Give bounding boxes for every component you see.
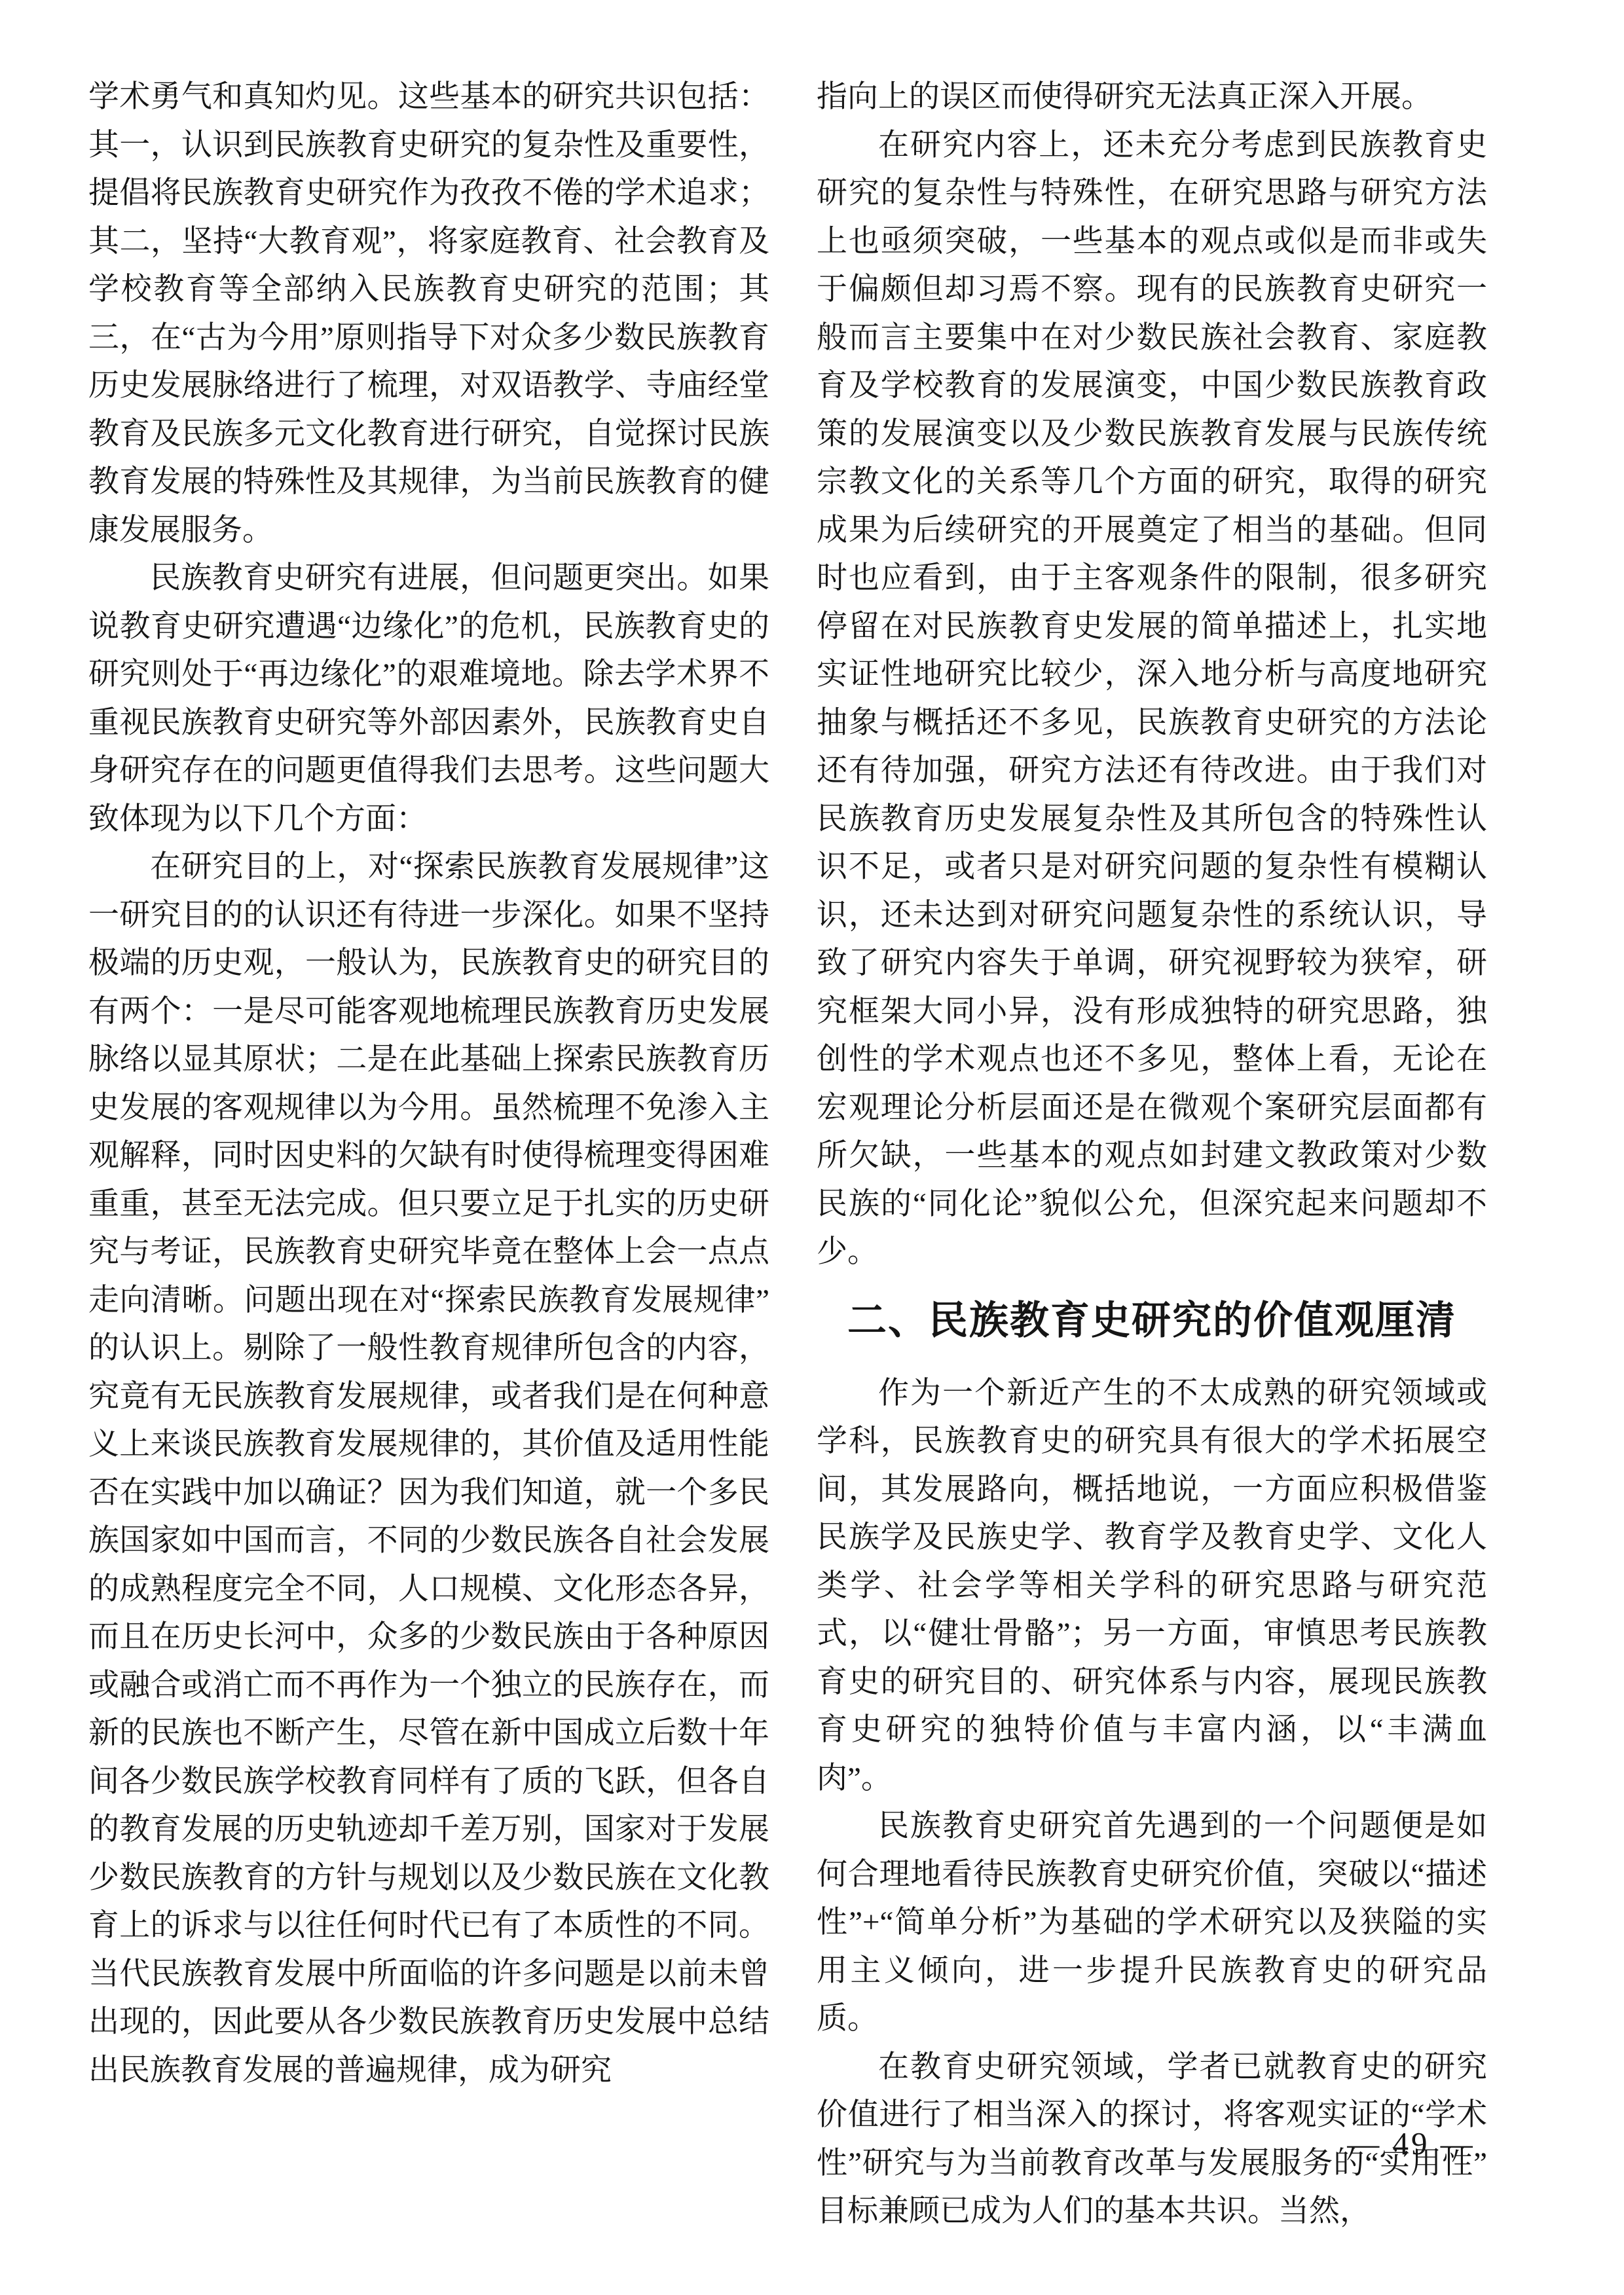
scanned-document-page: 学术勇气和真知灼见。这些基本的研究共识包括：其一，认识到民族教育史研究的复杂性及… xyxy=(0,0,1624,2295)
paragraph: 在研究内容上，还未充分考虑到民族教育史研究的复杂性与特殊性，在研究思路与研究方法… xyxy=(817,122,1487,1277)
paragraph: 在研究目的上，对“探索民族教育发展规律”这一研究目的的认识还有待进一步深化。如果… xyxy=(88,843,769,2095)
paragraph-continuation: 学术勇气和真知灼见。这些基本的研究共识包括：其一，认识到民族教育史研究的复杂性及… xyxy=(88,73,769,555)
paragraph: 民族教育史研究有进展，但问题更突出。如果说教育史研究遭遇“边缘化”的危机，民族教… xyxy=(88,555,769,843)
right-text-column: 指向上的误区而使得研究无法真正深入开展。 在研究内容上，还未充分考虑到民族教育史… xyxy=(817,73,1487,2236)
page-number: — 49 — xyxy=(1336,2125,1486,2163)
left-text-column: 学术勇气和真知灼见。这些基本的研究共识包括：其一，认识到民族教育史研究的复杂性及… xyxy=(88,73,769,2095)
section-heading: 二、民族教育史研究的价值观厘清 xyxy=(817,1299,1487,1342)
paragraph: 作为一个新近产生的不太成熟的研究领域或学科，民族教育史的研究具有很大的学术拓展空… xyxy=(817,1370,1487,1803)
paragraph: 民族教育史研究首先遇到的一个问题便是如何合理地看待民族教育史研究价值，突破以“描… xyxy=(817,1803,1487,2044)
paragraph-continuation: 指向上的误区而使得研究无法真正深入开展。 xyxy=(817,73,1487,122)
